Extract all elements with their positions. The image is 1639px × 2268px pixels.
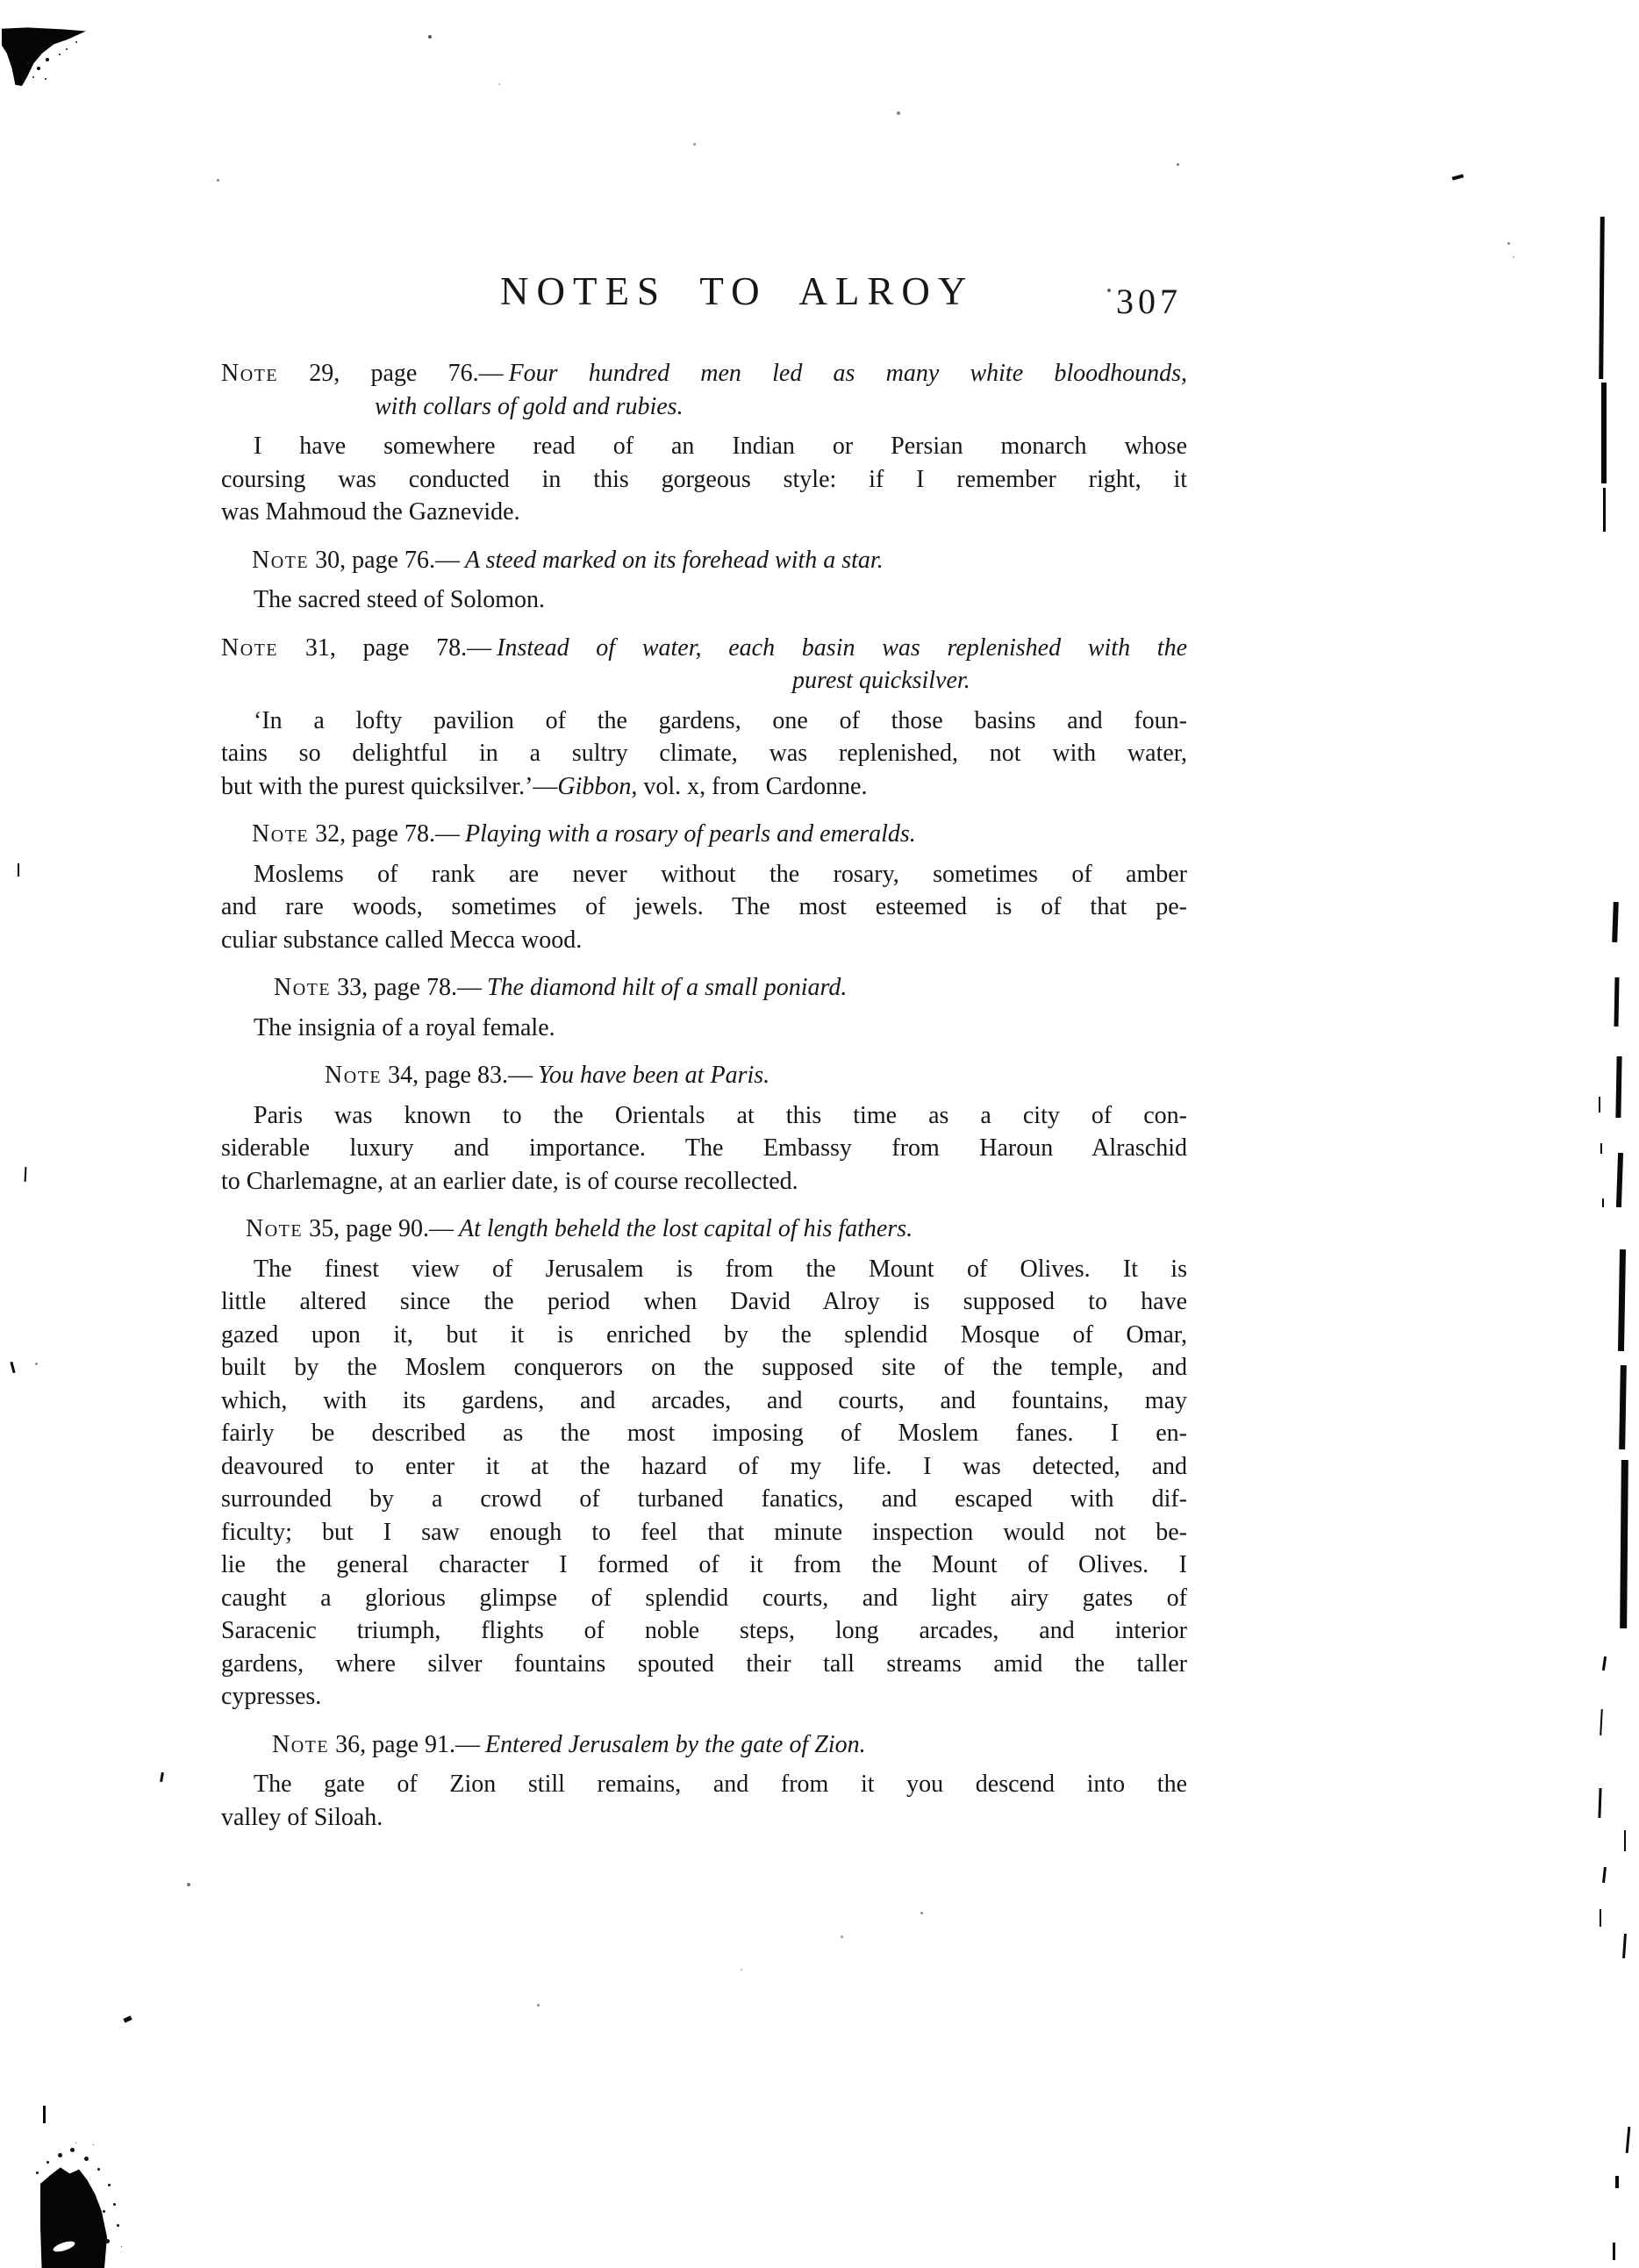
note-heading: Note 29, page 76.—Four hundred men led a…: [221, 357, 1187, 390]
note-label: Note 31, page 78.—: [221, 634, 491, 662]
scan-scratch-mark: [1624, 1830, 1626, 1851]
scan-scratch-mark: [1601, 383, 1607, 483]
note: Note 32, page 78.—Playing with a rosary …: [221, 818, 1187, 956]
note-label-rest: 30, page 76.—: [309, 547, 460, 574]
note-label-smallcaps: Note: [274, 974, 331, 1001]
note-label: Note 32, page 78.—: [252, 820, 460, 848]
note-heading-italic: You have been at Paris.: [533, 1062, 769, 1089]
scan-scratch-mark: [1615, 1056, 1621, 1118]
dust-speck: [428, 35, 432, 39]
note: Note 35, page 90.—At length beheld the l…: [221, 1213, 1187, 1714]
note-heading: Note 32, page 78.—Playing with a rosary …: [252, 818, 1187, 851]
note-heading-italic: The diamond hilt of a small poniard.: [482, 974, 847, 1001]
note-label-rest: 35, page 90.—: [303, 1215, 454, 1242]
note-label-smallcaps: Note: [272, 1731, 329, 1758]
note-body-line: The sacred steed of Solomon.: [221, 583, 1187, 617]
note-body-line: ficulty; but I saw enough to feel that m…: [221, 1516, 1187, 1549]
scan-scratch-mark: [43, 2106, 46, 2123]
note-label-rest: 33, page 78.—: [331, 974, 482, 1001]
scan-scratch-mark: [1602, 1656, 1607, 1671]
scan-scratch-mark: [1616, 1153, 1623, 1207]
note-heading: Note 31, page 78.—Instead of water, each…: [221, 632, 1187, 665]
note-body-line: Moslems of rank are never without the ro…: [221, 858, 1187, 891]
note-body-line: but with the purest quicksilver.’—Gibbon…: [221, 770, 1187, 804]
note-body-line: was Mahmoud the Gaznevide.: [221, 496, 1187, 529]
scan-scratch-mark: [1615, 2176, 1619, 2188]
scan-scratch-mark: [160, 1772, 164, 1782]
note-body: The finest view of Jerusalem is from the…: [221, 1253, 1187, 1714]
scan-scratch-mark: [1612, 902, 1619, 942]
note-heading-continuation: with collars of gold and rubies.: [375, 390, 1187, 424]
note-heading: Note 36, page 91.—Entered Jerusalem by t…: [272, 1728, 1187, 1762]
ink-smudge-top-left: [2, 26, 86, 86]
ink-speckles: [70, 2148, 75, 2152]
note-heading-italic: Entered Jerusalem by the gate of Zion.: [480, 1731, 866, 1758]
note-body-line: tains so delightful in a sultry climate,…: [221, 737, 1187, 770]
note-body: The insignia of a royal female.: [221, 1012, 1187, 1045]
note-label-smallcaps: Note: [221, 634, 278, 662]
scan-scratch-mark: [1602, 1867, 1607, 1883]
note-body: I have somewhere read of an Indian or Pe…: [221, 430, 1187, 529]
note-body-line: Saracenic triumph, flights of noble step…: [221, 1614, 1187, 1648]
scan-scratch-mark: [1614, 977, 1620, 1027]
note-label-smallcaps: Note: [246, 1215, 303, 1242]
note-label-smallcaps: Note: [252, 820, 309, 848]
dust-speck: [897, 111, 900, 115]
scan-scratch-mark: [1602, 1198, 1604, 1207]
note-label: Note 35, page 90.—: [246, 1215, 454, 1242]
ink-speckles: [26, 61, 30, 65]
dust-speck: [1507, 242, 1510, 245]
note-body: Moslems of rank are never without the ro…: [221, 858, 1187, 957]
note-body: The gate of Zion still remains, and from…: [221, 1768, 1187, 1834]
note: Note 30, page 76.—A steed marked on its …: [221, 544, 1187, 617]
note-heading: Note 33, page 78.—The diamond hilt of a …: [274, 971, 1187, 1005]
note-heading-italic: Four hundred men led as many white blood…: [504, 360, 1187, 387]
note-label-smallcaps: Note: [221, 360, 278, 387]
note-body-line: deavoured to enter it at the hazard of m…: [221, 1450, 1187, 1484]
scan-scratch-mark: [25, 1167, 27, 1182]
note-body: Paris was known to the Orientals at this…: [221, 1099, 1187, 1198]
page-title: NOTES TO ALROY: [500, 268, 974, 314]
note-body-line: cypresses.: [221, 1680, 1187, 1714]
note-label-rest: 29, page 76.—: [278, 360, 503, 387]
cited-author: Gibbon: [557, 773, 631, 800]
note-heading: Note 34, page 83.—You have been at Paris…: [325, 1059, 1187, 1092]
note-heading: Note 30, page 76.—A steed marked on its …: [252, 544, 1187, 577]
note: Note 36, page 91.—Entered Jerusalem by t…: [221, 1728, 1187, 1835]
note-body-line: caught a glorious glimpse of splendid co…: [221, 1582, 1187, 1615]
scan-scratch-mark: [1620, 1460, 1628, 1628]
page-number: 307: [1116, 281, 1182, 322]
dust-speck: [1107, 289, 1111, 292]
scan-scratch-mark: [1600, 1909, 1601, 1927]
note-heading-italic: Instead of water, each basin was repleni…: [491, 634, 1187, 662]
note-label: Note 36, page 91.—: [272, 1731, 480, 1758]
note-heading-italic: At length beheld the lost capital of his…: [454, 1215, 913, 1242]
note: Note 34, page 83.—You have been at Paris…: [221, 1059, 1187, 1198]
line-text: , vol. x, from Cardonne.: [631, 773, 867, 800]
dust-speck: [498, 83, 500, 85]
scan-scratch-mark: [1626, 2127, 1631, 2153]
note-heading-italic: Playing with a rosary of pearls and emer…: [460, 820, 916, 848]
note-body-line: I have somewhere read of an Indian or Pe…: [221, 430, 1187, 463]
note-body-line: coursing was conducted in this gorgeous …: [221, 463, 1187, 497]
note-heading-continuation: purest quicksilver.: [792, 664, 1187, 698]
note-body-line: siderable luxury and importance. The Emb…: [221, 1132, 1187, 1165]
note-body-line: gazed upon it, but it is enriched by the…: [221, 1319, 1187, 1352]
book-page: NOTES TO ALROY 307 Note 29, page 76.—Fou…: [0, 0, 1639, 2268]
scan-scratch-mark: [1603, 488, 1606, 532]
dust-speck: [290, 842, 291, 844]
note-body-line: The insignia of a royal female.: [221, 1012, 1187, 1045]
note-heading: Note 35, page 90.—At length beheld the l…: [246, 1213, 1187, 1246]
scan-scratch-mark: [1622, 1934, 1627, 1958]
note-label-rest: 31, page 78.—: [278, 634, 491, 662]
scan-scratch-mark: [1599, 217, 1605, 379]
scan-scratch-mark: [1600, 1143, 1602, 1154]
scan-scratch-mark: [1613, 2243, 1615, 2260]
dust-speck: [537, 2004, 540, 2007]
note-body-line: little altered since the period when Dav…: [221, 1285, 1187, 1319]
note-body-line: and rare woods, sometimes of jewels. The…: [221, 891, 1187, 924]
note-body-line: valley of Siloah.: [221, 1801, 1187, 1835]
note-body-line: which, with its gardens, and arcades, an…: [221, 1384, 1187, 1418]
scan-scratch-mark: [1452, 174, 1464, 180]
note-body-line: gardens, where silver fountains spouted …: [221, 1648, 1187, 1681]
note-label-rest: 34, page 83.—: [382, 1062, 533, 1089]
dust-speck: [741, 1969, 742, 1971]
dust-speck: [920, 1912, 923, 1914]
note-body-line: The gate of Zion still remains, and from…: [221, 1768, 1187, 1801]
scan-scratch-mark: [1599, 1097, 1600, 1113]
note-heading-italic: A steed marked on its forehead with a st…: [460, 547, 884, 574]
note-body-line: fairly be described as the most imposing…: [221, 1417, 1187, 1450]
dust-speck: [1177, 163, 1179, 166]
scan-scratch-mark: [123, 2015, 132, 2022]
note-body-line: built by the Moslem conquerors on the su…: [221, 1351, 1187, 1384]
dust-speck: [841, 1935, 843, 1938]
note-body-line: ‘In a lofty pavilion of the gardens, one…: [221, 705, 1187, 738]
note-label-smallcaps: Note: [252, 547, 309, 574]
note-label-smallcaps: Note: [325, 1062, 382, 1089]
note-label: Note 30, page 76.—: [252, 547, 460, 574]
note-label-rest: 36, page 91.—: [329, 1731, 480, 1758]
note-body-line: surrounded by a crowd of turbaned fanati…: [221, 1483, 1187, 1516]
dust-speck: [217, 179, 219, 182]
dust-speck: [693, 143, 696, 146]
note-body-line: to Charlemagne, at an earlier date, is o…: [221, 1165, 1187, 1198]
note: Note 29, page 76.—Four hundred men led a…: [221, 357, 1187, 529]
scan-scratch-mark: [1598, 1788, 1601, 1818]
note-body: The sacred steed of Solomon.: [221, 583, 1187, 617]
note-body-line: Paris was known to the Orientals at this…: [221, 1099, 1187, 1133]
scan-scratch-mark: [10, 1362, 15, 1373]
note-label-rest: 32, page 78.—: [309, 820, 460, 848]
note-label: Note 34, page 83.—: [325, 1062, 533, 1089]
dust-speck: [35, 1363, 38, 1365]
note: Note 31, page 78.—Instead of water, each…: [221, 632, 1187, 804]
dust-speck: [1513, 256, 1514, 258]
note: Note 33, page 78.—The diamond hilt of a …: [221, 971, 1187, 1044]
note-body-line: lie the general character I formed of it…: [221, 1549, 1187, 1582]
scan-scratch-mark: [1619, 1365, 1627, 1449]
scan-scratch-mark: [18, 863, 19, 876]
ink-smudge-bottom-left: [40, 2165, 107, 2268]
note-body: ‘In a lofty pavilion of the gardens, one…: [221, 705, 1187, 804]
note-label: Note 33, page 78.—: [274, 974, 482, 1001]
notes-column: Note 29, page 76.—Four hundred men led a…: [221, 357, 1187, 1834]
note-body-line: The finest view of Jerusalem is from the…: [221, 1253, 1187, 1286]
dust-speck: [187, 1883, 190, 1886]
scan-scratch-mark: [1600, 1709, 1603, 1735]
scan-scratch-mark: [1618, 1249, 1626, 1351]
note-body-line: culiar substance called Mecca wood.: [221, 924, 1187, 957]
line-text: but with the purest quicksilver.’—: [221, 773, 557, 800]
note-label: Note 29, page 76.—: [221, 360, 504, 387]
